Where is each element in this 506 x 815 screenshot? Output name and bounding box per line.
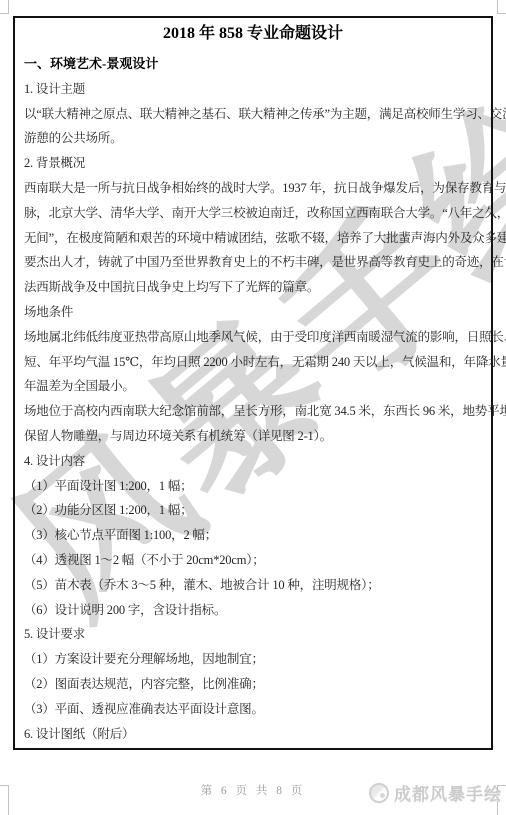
document-line: 脉，北京大学、清华大学、南开大学三校被迫南迁，改称国立西南联合大学。“八年之久，…: [24, 201, 482, 226]
brand-name: 成都风暴手绘: [394, 780, 502, 805]
document-body: 1. 设计主题以“联大精神之原点、联大精神之基石、联大精神之传承”为主题，满足高…: [24, 77, 482, 747]
document-line: 无间”，在极度简陋和艰苦的环境中精诚团结，弦歌不辍，培养了大批蜚声海内外及众多建…: [24, 226, 482, 251]
document-line: 要杰出人才，铸就了中国乃至世界教育史上的不朽丰碑，是世界高等教育史上的奇迹，在世…: [24, 250, 482, 275]
document-line: 5. 设计要求: [24, 622, 482, 647]
document-line: （3）核心节点平面图 1:100，2 幅；: [24, 523, 482, 548]
document-title: 2018 年 858 专业命题设计: [24, 20, 482, 48]
crop-mark-top-left: [0, 0, 9, 14]
brand-logo-icon: [369, 783, 389, 803]
document-line: （1）平面设计图 1:200，1 幅；: [24, 474, 482, 499]
document-line: （6）设计说明 200 字，含设计指标。: [24, 598, 482, 623]
page-root: { "document": { "title": "2018 年 858 专业命…: [0, 0, 506, 815]
document-line: （4）透视图 1～2 幅（不小于 20cm*20cm）；: [24, 548, 482, 573]
document-frame: 2018 年 858 专业命题设计 一、环境艺术-景观设计 1. 设计主题以“联…: [13, 16, 493, 750]
document-line: （5）苗木表（乔木 3～5 种，灌木、地被合计 10 种，注明规格）；: [24, 573, 482, 598]
brand-footer: 成都风暴手绘: [369, 780, 502, 805]
document-line: 6. 设计图纸（附后）: [24, 722, 482, 747]
document-line: （2）图面表达规范，内容完整，比例准确；: [24, 672, 482, 697]
document-line: 西南联大是一所与抗日战争相始终的战时大学。1937 年，抗日战争爆发后，为保存教…: [24, 176, 482, 201]
document-line: 场地条件: [24, 300, 482, 325]
document-line: 年温差为全国最小。: [24, 374, 482, 399]
document-line: 1. 设计主题: [24, 77, 482, 102]
document-line: （3）平面、透视应准确表达平面设计意图。: [24, 697, 482, 722]
document-line: （2）功能分区图 1:200，1 幅；: [24, 498, 482, 523]
crop-mark-top-right: [497, 0, 506, 14]
document-line: 以“联大精神之原点、联大精神之基石、联大精神之传承”为主题，满足高校师生学习、交…: [24, 102, 482, 127]
document-line: 短、年平均气温 15℃，年均日照 2200 小时左右，无霜期 240 天以上，气…: [24, 350, 482, 375]
document-line: 4. 设计内容: [24, 449, 482, 474]
document-line: 场地属北纬低纬度亚热带高原山地季风气候，由于受印度洋西南暖湿气流的影响，日照长、…: [24, 325, 482, 350]
document-line: 场地位于高校内西南联大纪念馆前部，呈长方形，南北宽 34.5 米，东西长 96 …: [24, 399, 482, 424]
document-line: 游憩的公共场所。: [24, 126, 482, 151]
document-line: （1）方案设计要充分理解场地，因地制宜；: [24, 647, 482, 672]
document-line: 2. 背景概况: [24, 151, 482, 176]
section-heading: 一、环境艺术-景观设计: [24, 52, 482, 77]
document-line: 法西斯战争及中国抗日战争史上均写下了光辉的篇章。: [24, 275, 482, 300]
document-line: 保留人物雕塑，与周边环境关系有机统筹（详见图 2-1）。: [24, 424, 482, 449]
